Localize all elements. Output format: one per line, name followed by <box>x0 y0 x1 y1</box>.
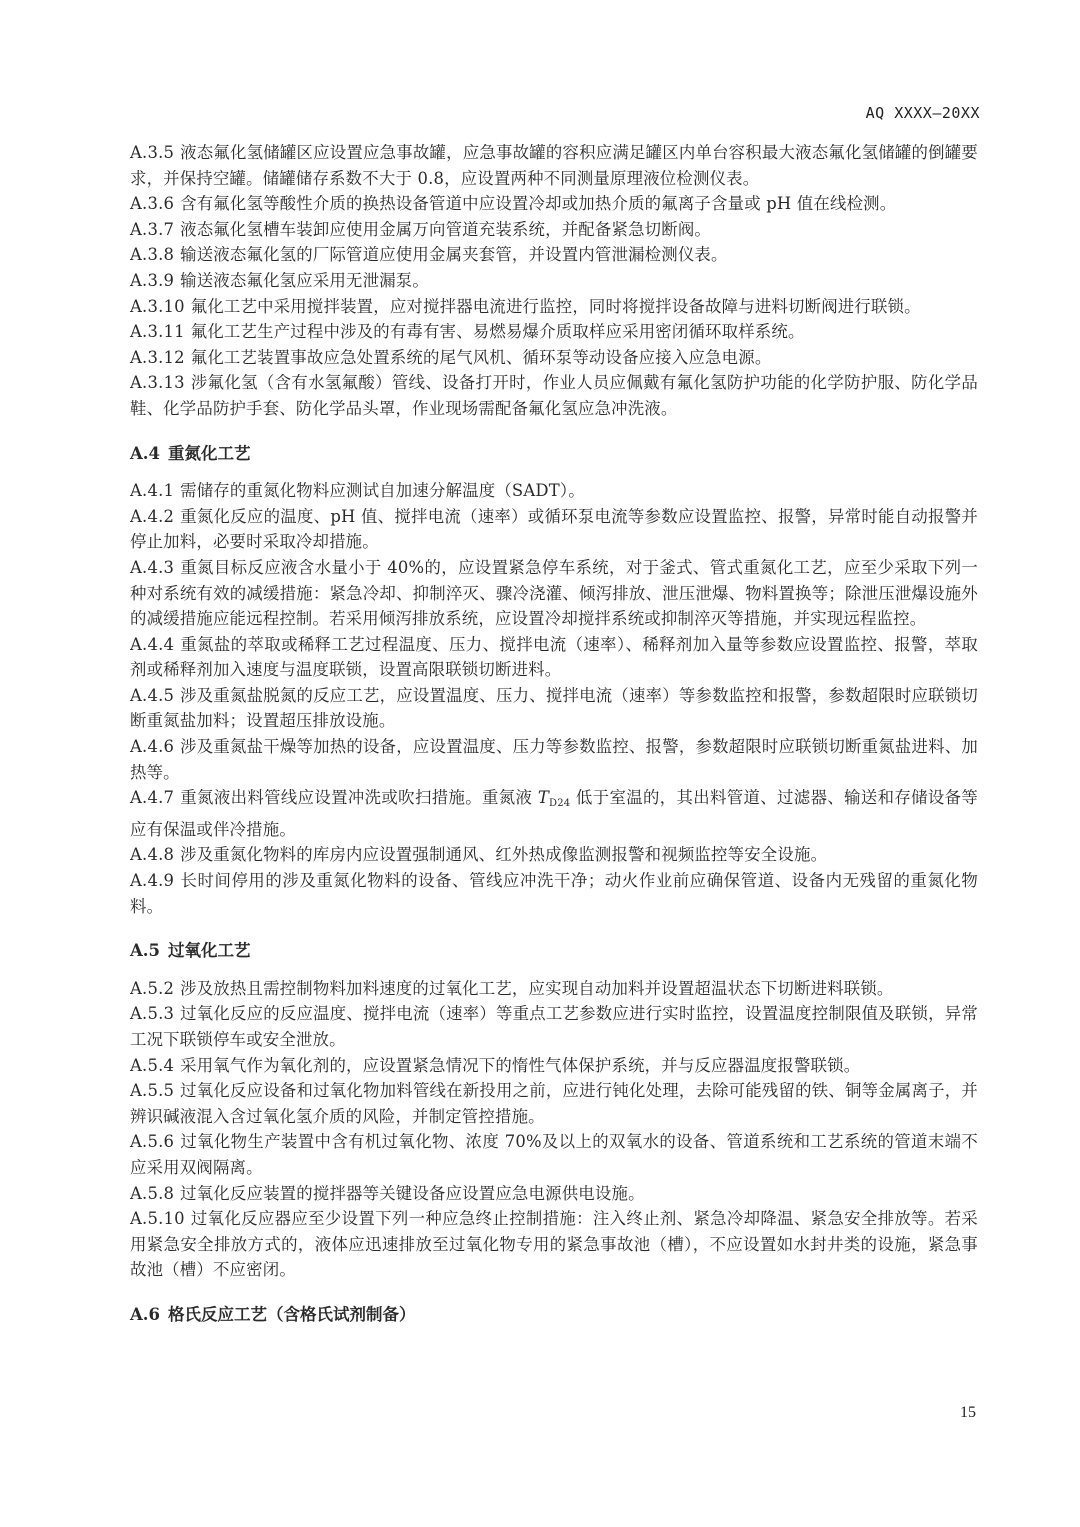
clause-a3-8: A.3.8输送液态氟化氢的厂际管道应使用金属夹套管，并设置内管泄漏检测仪表。 <box>130 242 978 268</box>
clause-a4-7: A.4.7重氮液出料管线应设置冲洗或吹扫措施。重氮液 TD24 低于室温的，其出… <box>130 785 978 842</box>
clause-a4-3: A.4.3重氮目标反应液含水量小于 40%的，应设置紧急停车系统，对于釜式、管式… <box>130 555 978 632</box>
clause-a3-7: A.3.7液态氟化氢槽车装卸应使用金属万向管道充装系统，并配备紧急切断阀。 <box>130 217 978 243</box>
section-a3-continued: A.3.5液态氟化氢储罐区应设置应急事故罐，应急事故罐的容积应满足罐区内单台容积… <box>130 140 978 422</box>
section-heading-a5: A.5过氧化工艺 <box>130 938 978 964</box>
clause-a3-10: A.3.10氟化工艺中采用搅拌装置，应对搅拌器电流进行监控，同时将搅拌设备故障与… <box>130 294 978 320</box>
clause-a4-5: A.4.5涉及重氮盐脱氮的反应工艺，应设置温度、压力、搅拌电流（速率）等参数监控… <box>130 683 978 734</box>
section-a6: A.6格氏反应工艺（含格氏试剂制备） <box>130 1302 978 1328</box>
clause-a5-4: A.5.4采用氧气作为氧化剂的，应设置紧急情况下的惰性气体保护系统，并与反应器温… <box>130 1053 978 1079</box>
clause-a3-11: A.3.11氟化工艺生产过程中涉及的有毒有害、易燃易爆介质取样应采用密闭循环取样… <box>130 319 978 345</box>
clause-a4-6: A.4.6涉及重氮盐干燥等加热的设备，应设置温度、压力等参数监控、报警，参数超限… <box>130 734 978 785</box>
clause-a4-9: A.4.9长时间停用的涉及重氮化物料的设备、管线应冲洗干净；动火作业前应确保管道… <box>130 868 978 919</box>
clause-a3-13: A.3.13涉氟化氢（含有水氢氟酸）管线、设备打开时，作业人员应佩戴有氟化氢防护… <box>130 370 978 421</box>
clause-a4-2: A.4.2重氮化反应的温度、pH 值、搅拌电流（速率）或循环泵电流等参数应设置监… <box>130 504 978 555</box>
document-code: AQ XXXX—20XX <box>866 104 980 122</box>
clause-a3-12: A.3.12氟化工艺装置事故应急处置系统的尾气风机、循环泵等动设备应接入应急电源… <box>130 345 978 371</box>
t-d24-symbol: TD24 <box>538 788 570 807</box>
clause-a5-2: A.5.2涉及放热且需控制物料加料速度的过氧化工艺，应实现自动加料并设置超温状态… <box>130 976 978 1002</box>
document-body: A.3.5液态氟化氢储罐区应设置应急事故罐，应急事故罐的容积应满足罐区内单台容积… <box>130 140 978 1328</box>
clause-a4-8: A.4.8涉及重氮化物料的库房内应设置强制通风、红外热成像监测报警和视频监控等安… <box>130 842 978 868</box>
section-heading-a4: A.4重氮化工艺 <box>130 441 978 467</box>
clause-a5-5: A.5.5过氧化反应设备和过氧化物加料管线在新投用之前，应进行钝化处理，去除可能… <box>130 1078 978 1129</box>
section-a5: A.5过氧化工艺 A.5.2涉及放热且需控制物料加料速度的过氧化工艺，应实现自动… <box>130 938 978 1283</box>
clause-a3-6: A.3.6含有氟化氢等酸性介质的换热设备管道中应设置冷却或加热介质的氟离子含量或… <box>130 191 978 217</box>
clause-a5-10: A.5.10过氧化反应器应至少设置下列一种应急终止控制措施：注入终止剂、紧急冷却… <box>130 1206 978 1283</box>
page-number: 15 <box>960 1404 976 1422</box>
clause-a5-3: A.5.3过氧化反应的反应温度、搅拌电流（速率）等重点工艺参数应进行实时监控，设… <box>130 1001 978 1052</box>
clause-a3-9: A.3.9输送液态氟化氢应采用无泄漏泵。 <box>130 268 978 294</box>
clause-a3-5: A.3.5液态氟化氢储罐区应设置应急事故罐，应急事故罐的容积应满足罐区内单台容积… <box>130 140 978 191</box>
section-heading-a6: A.6格氏反应工艺（含格氏试剂制备） <box>130 1302 978 1328</box>
clause-a4-1: A.4.1需储存的重氮化物料应测试自加速分解温度（SADT）。 <box>130 478 978 504</box>
clause-a5-8: A.5.8过氧化反应装置的搅拌器等关键设备应设置应急电源供电设施。 <box>130 1181 978 1207</box>
clause-a4-4: A.4.4重氮盐的萃取或稀释工艺过程温度、压力、搅拌电流（速率）、稀释剂加入量等… <box>130 632 978 683</box>
section-a4: A.4重氮化工艺 A.4.1需储存的重氮化物料应测试自加速分解温度（SADT）。… <box>130 441 978 920</box>
clause-a5-6: A.5.6过氧化物生产装置中含有机过氧化物、浓度 70%及以上的双氧水的设备、管… <box>130 1129 978 1180</box>
